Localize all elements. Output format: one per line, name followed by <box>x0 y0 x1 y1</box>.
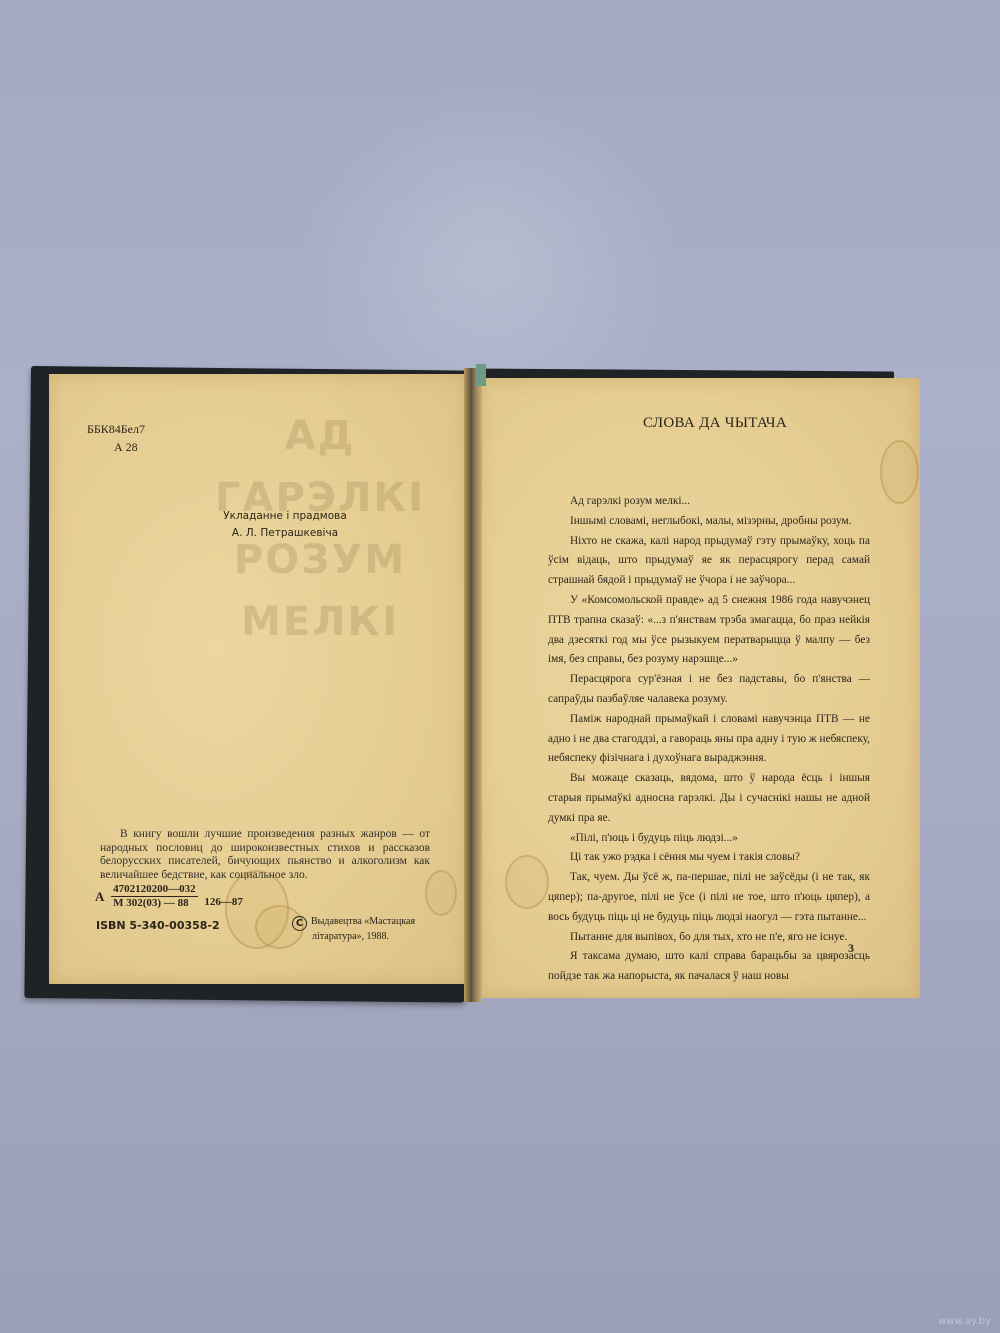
photo-scene: АД ГАРЭЛКІ РОЗУМ МЕЛКІ ББК84Бел7 А 28 Ук… <box>0 0 1000 1333</box>
index-code-denominator: М 302(03) — 88 <box>111 897 198 910</box>
isbn: ISBN 5-340-00358-2 <box>96 919 220 932</box>
bbk-classification: ББК84Бел7 А 28 <box>87 420 145 456</box>
chapter-title: СЛОВА ДА ЧЫТАЧА <box>600 415 830 432</box>
page-number: 3 <box>848 941 854 956</box>
paragraph: Пытанне для выпівох, бо для тых, хто не … <box>548 928 870 948</box>
paragraph: Ніхто не скажа, калі народ прыдумаў гэту… <box>548 532 870 591</box>
credits-role: Укладанне і прадмова <box>190 508 380 525</box>
spine-tab <box>476 364 486 386</box>
index-code-numerator: 4702120200—032 <box>111 883 198 897</box>
index-code-tail: 126—87 <box>204 896 243 909</box>
bbk-code: ББК84Бел7 <box>87 420 145 438</box>
watermark: www.ay.by <box>938 1316 991 1327</box>
paragraph: Паміж народнай прымаўкай і словамі навуч… <box>548 710 870 769</box>
paragraph: Ад гарэлкі розум мелкі... <box>548 492 870 512</box>
publisher-line-1: Выдавецтва «Мастацкая <box>311 916 415 927</box>
paragraph: Іншымі словамі, неглыбокі, малы, мізэрны… <box>548 512 870 532</box>
index-code: А 4702120200—032 М 302(03) — 88 126—87 <box>95 883 243 910</box>
ghost-line: МЕЛКІ <box>170 591 470 653</box>
paragraph: Я таксама думаю, што калі справа барацьб… <box>548 947 870 987</box>
ghost-line: АД <box>170 405 470 467</box>
paragraph: Вы можаце сказаць, вядома, што ў народа … <box>548 769 870 828</box>
index-code-lead: А <box>95 890 104 903</box>
water-stain <box>880 440 919 504</box>
publisher-line-2: літаратура», 1988. <box>292 931 432 943</box>
paragraph: «Пілі, п'юць і будуць піць людзі...» <box>548 829 870 849</box>
paragraph: Так, чуем. Ды ўсё ж, па-першае, пілі не … <box>548 868 870 927</box>
body-text: Ад гарэлкі розум мелкі... Іншымі словамі… <box>548 492 870 987</box>
annotation: В книгу вошли лучшие произведения разных… <box>100 828 430 882</box>
annotation-text: В книгу вошли лучшие произведения разных… <box>100 828 430 882</box>
credits: Укладанне і прадмова А. Л. Петрашкевіча <box>190 508 380 542</box>
water-stain <box>505 855 549 909</box>
copyright-icon: C <box>292 916 307 931</box>
index-code-fraction: 4702120200—032 М 302(03) — 88 <box>111 883 198 910</box>
paragraph: Перасцярога сур'ёзная і не без падставы,… <box>548 670 870 710</box>
paragraph: У «Комсомольской правде» ад 5 снежня 198… <box>548 591 870 670</box>
author-sign: А 28 <box>87 438 145 456</box>
publisher-imprint: CВыдавецтва «Мастацкая літаратура», 1988… <box>292 916 432 943</box>
paragraph: Ці так ужо рэдка і сёння мы чуем і такія… <box>548 848 870 868</box>
credits-name: А. Л. Петрашкевіча <box>190 525 380 542</box>
